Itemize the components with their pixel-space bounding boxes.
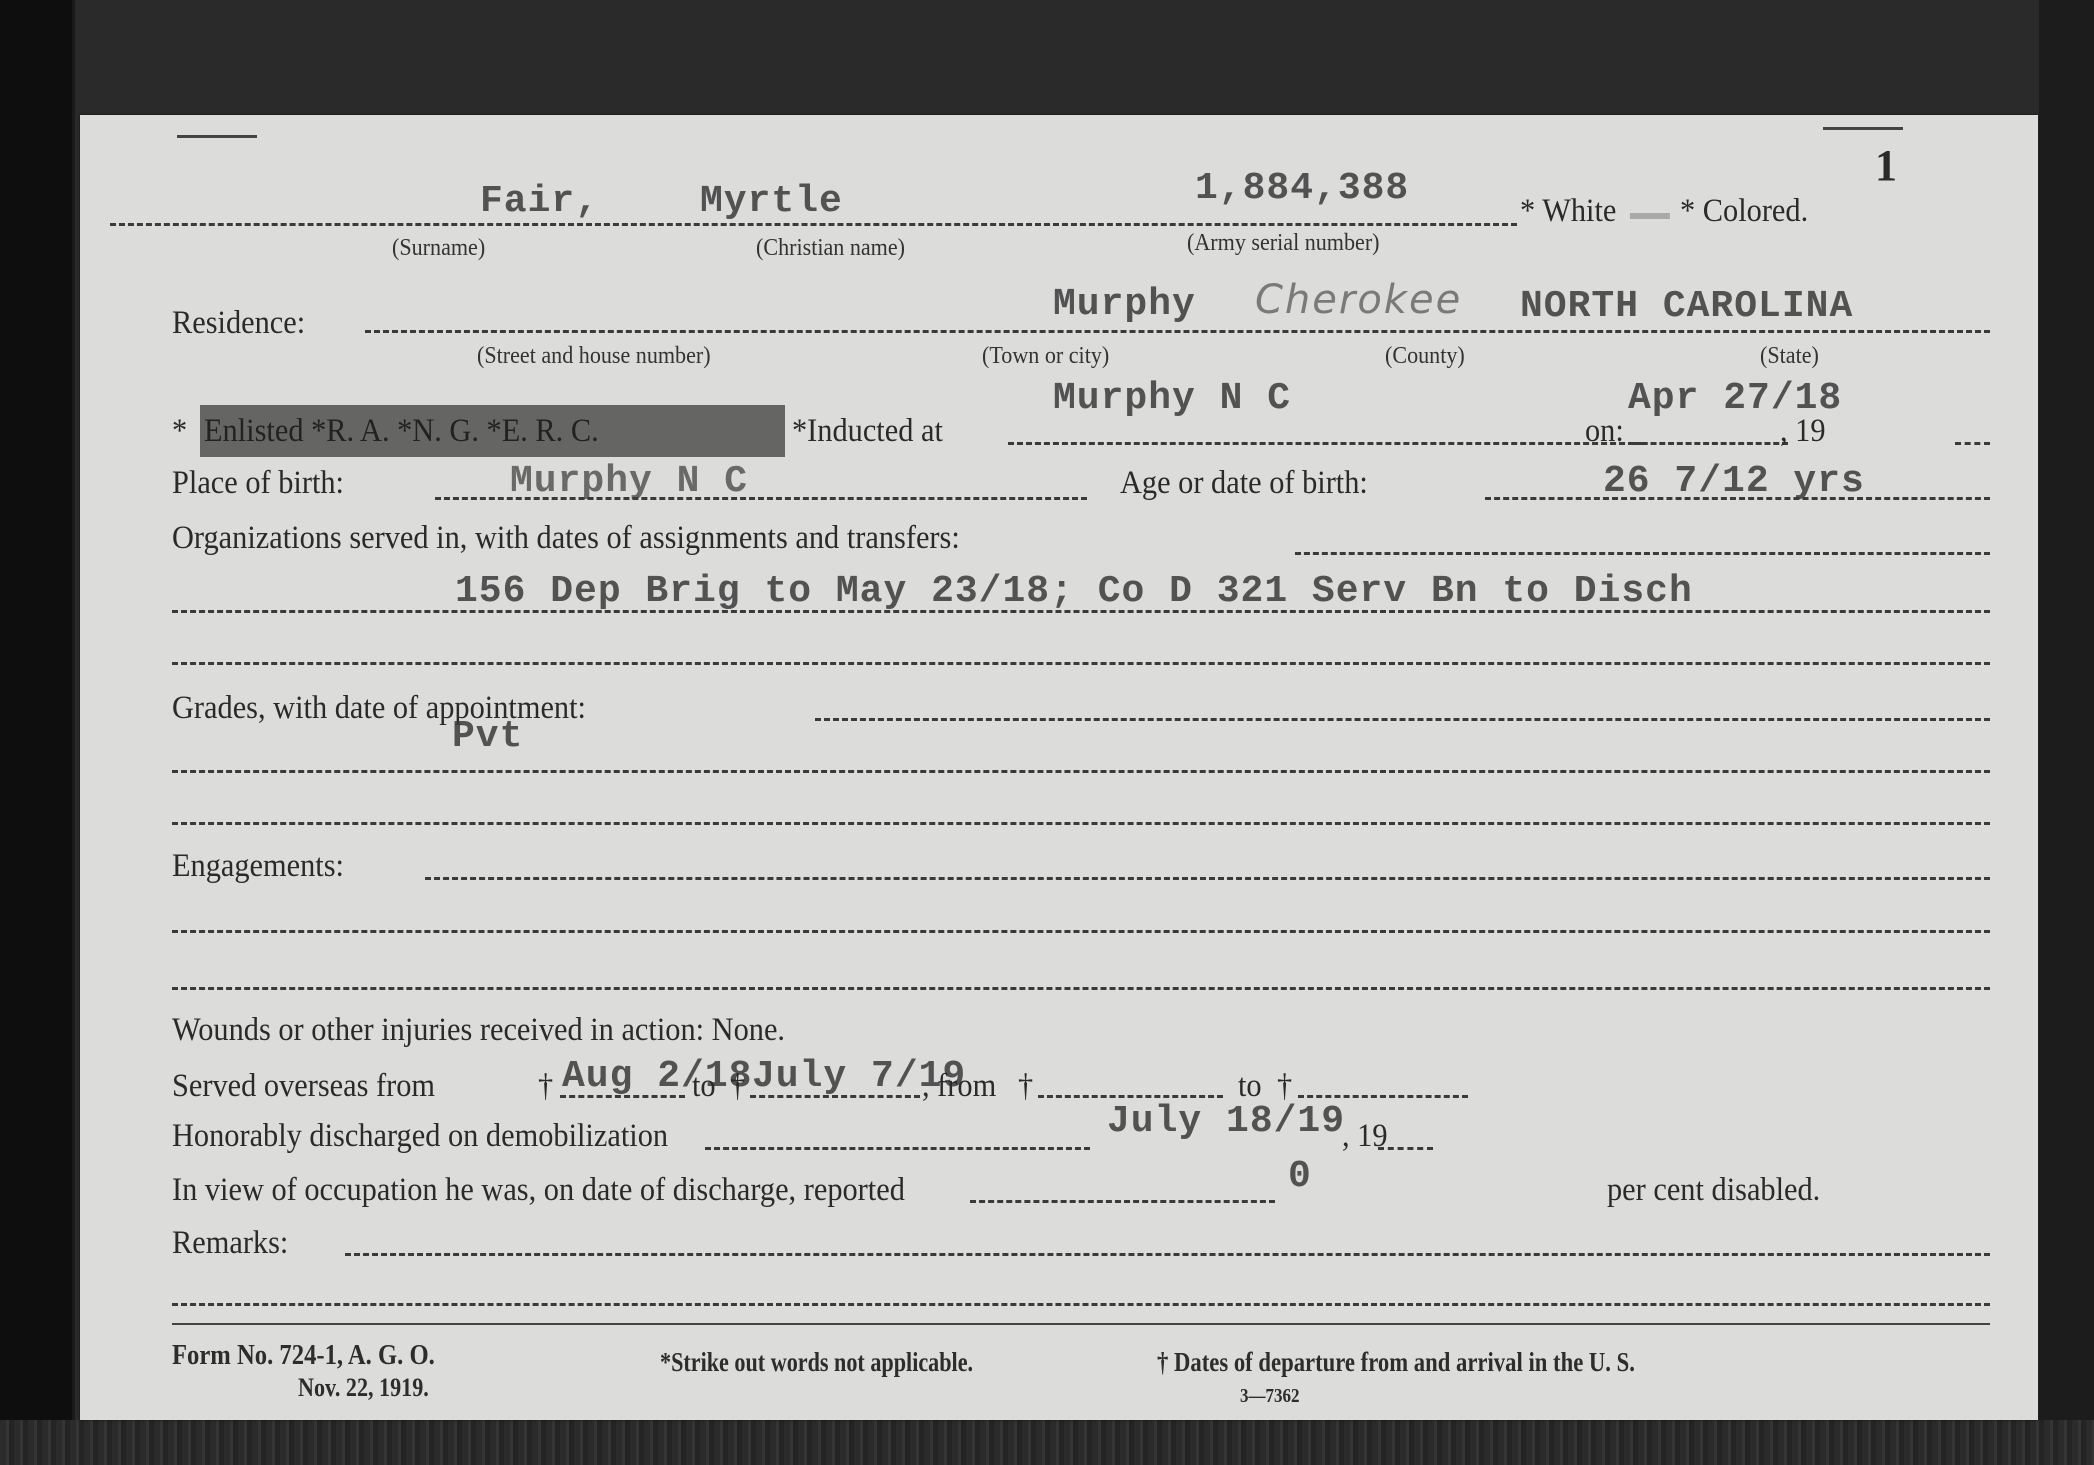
town-caption: (Town or city) <box>982 343 1109 370</box>
overseas-from-dagger: † <box>538 1068 553 1105</box>
overseas-to-line <box>750 1095 920 1098</box>
scan-right-border <box>2039 0 2094 1465</box>
residence-town: Murphy <box>1053 283 1196 326</box>
name-line <box>110 223 1517 226</box>
discharge-label: Honorably discharged on demobilization <box>172 1118 668 1155</box>
scan-left-border <box>0 0 75 1465</box>
serial-number-value: 1,884,388 <box>1195 167 1409 210</box>
grades-line-1 <box>815 718 1990 721</box>
form-date: Nov. 22, 1919. <box>298 1373 429 1403</box>
christian-name-caption: (Christian name) <box>756 235 905 262</box>
engagements-line-2 <box>172 930 1990 933</box>
serial-number-caption: (Army serial number) <box>1187 230 1380 257</box>
place-of-birth-label: Place of birth: <box>172 465 344 502</box>
induction-year-line <box>1955 442 1990 445</box>
grades-label: Grades, with date of appointment: <box>172 690 586 727</box>
organizations-label: Organizations served in, with dates of a… <box>172 520 960 557</box>
footer-divider <box>172 1323 1990 1325</box>
overseas-to-label: to <box>692 1068 716 1105</box>
county-caption: (County) <box>1385 343 1465 370</box>
grades-line-2 <box>172 770 1990 773</box>
dates-note: † Dates of departure from and arrival in… <box>1157 1347 1635 1378</box>
top-left-rule <box>177 135 257 138</box>
white-strikeout <box>1630 213 1670 219</box>
disability-label: In view of occupation he was, on date of… <box>172 1172 905 1209</box>
scan-bottom-border <box>0 1420 2094 1465</box>
enlistment-options-struck: Enlisted *R. A. *N. G. *E. R. C. <box>204 413 599 450</box>
wounds-label: Wounds or other injuries received in act… <box>172 1012 785 1049</box>
age-label: Age or date of birth: <box>1120 465 1368 502</box>
induction-date-line <box>1633 442 1788 445</box>
form-number: Form No. 724-1, A. G. O. <box>172 1340 435 1372</box>
race-colored: * Colored. <box>1680 193 1808 230</box>
residence-label: Residence: <box>172 305 305 342</box>
discharge-date: July 18/19 <box>1107 1100 1345 1143</box>
organizations-entry: 156 Dep Brig to May 23/18; Co D 321 Serv… <box>455 570 1693 613</box>
top-right-rule <box>1823 127 1903 130</box>
discharge-year-line <box>1378 1147 1433 1150</box>
surname-value: Fair, <box>480 180 599 223</box>
remarks-line-2 <box>172 1303 1990 1306</box>
service-record-card: 1 Fair, Myrtle 1,884,388 * White * Color… <box>80 115 2038 1420</box>
induction-star: * <box>172 413 187 450</box>
remarks-line-1 <box>345 1253 1990 1256</box>
overseas-from2-label: , from <box>922 1068 996 1105</box>
place-of-birth-line <box>435 497 1087 500</box>
remarks-label: Remarks: <box>172 1225 288 1262</box>
engagements-line-3 <box>172 987 1990 990</box>
grades-entry: Pvt <box>452 715 523 758</box>
surname-caption: (Surname) <box>392 235 485 262</box>
induction-on-label: on: <box>1585 413 1624 450</box>
state-caption: (State) <box>1760 343 1819 370</box>
christian-name-value: Myrtle <box>700 180 843 223</box>
residence-county: Cherokee <box>1255 277 1462 323</box>
residence-state: NORTH CAROLINA <box>1520 285 1853 328</box>
overseas-label: Served overseas from <box>172 1068 435 1105</box>
overseas-from2-dagger: † <box>1018 1068 1033 1105</box>
street-caption: (Street and house number) <box>477 343 711 370</box>
induction-year-suffix: , 19 <box>1780 413 1826 450</box>
overseas-to2-line <box>1298 1095 1468 1098</box>
disability-suffix: per cent disabled. <box>1607 1172 1820 1209</box>
overseas-from2-line <box>1038 1095 1223 1098</box>
grades-line-3 <box>172 822 1990 825</box>
organizations-line-2 <box>172 610 1990 613</box>
age-line <box>1485 497 1990 500</box>
discharge-line <box>705 1147 1090 1150</box>
residence-line <box>365 330 1990 333</box>
strike-out-note: *Strike out words not applicable. <box>660 1347 973 1378</box>
inducted-at-label: *Inducted at <box>792 413 943 450</box>
organizations-line-3 <box>172 662 1990 665</box>
card-number: 1 <box>1875 140 1897 191</box>
inducted-at-value: Murphy N C <box>1053 377 1291 420</box>
inducted-at-line <box>1008 442 1643 445</box>
engagements-line-1 <box>425 877 1990 880</box>
engagements-label: Engagements: <box>172 848 344 885</box>
race-white-struck: * White <box>1520 193 1616 230</box>
overseas-from-date: Aug 2/18 <box>562 1055 752 1098</box>
disability-line <box>970 1200 1275 1203</box>
print-code: 3—7362 <box>1240 1385 1300 1408</box>
disability-percent: 0 <box>1288 1155 1312 1198</box>
organizations-line-1 <box>1295 552 1990 555</box>
overseas-to-dagger: † <box>730 1068 745 1105</box>
overseas-from-line <box>560 1095 685 1098</box>
